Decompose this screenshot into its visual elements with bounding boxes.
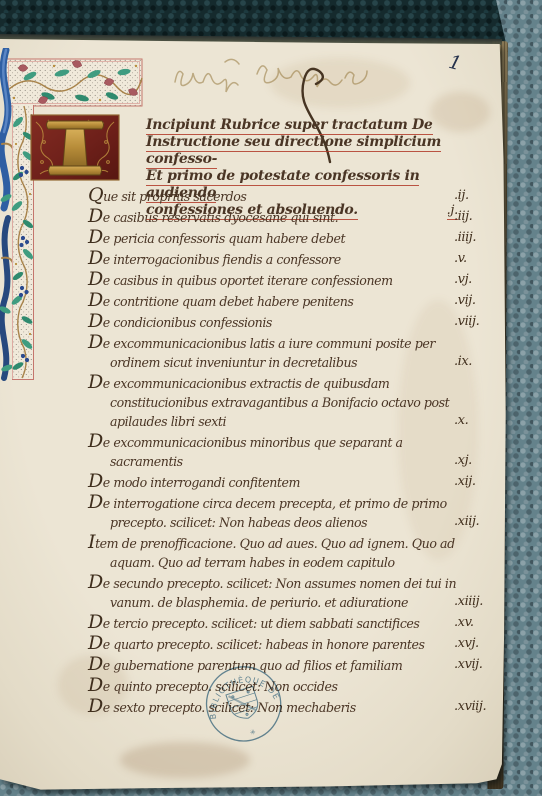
toc-entry-text: De tercio precepto. scilicet: ut diem sa… — [88, 616, 419, 631]
ex-libris-inscription — [165, 48, 405, 100]
illuminated-initial-I — [28, 112, 122, 184]
toc-entry-text: De pericia confessoris quam habere debet — [88, 231, 345, 246]
toc-entry: De gubernatione parentum quo ad filios e… — [88, 655, 470, 675]
toc-entry: De tercio precepto. scilicet: ut diem sa… — [88, 613, 470, 633]
toc-entry: De excommunicacionibus minoribus que sep… — [88, 432, 470, 471]
toc-entry-numeral: .v. — [454, 249, 467, 268]
toc-entry: Item de prenofficacione. Quo ad aues. Qu… — [88, 533, 470, 572]
toc-entry-numeral: .xvij. — [454, 655, 482, 674]
toc-entry: De excommunicacionibus latis a iure comm… — [88, 333, 470, 372]
border-left-panel — [0, 48, 40, 393]
toc-entry-numeral: .xv. — [454, 613, 474, 632]
toc-entry-numeral: .vj. — [454, 270, 472, 289]
toc-entry-numeral: .ix. — [454, 352, 472, 371]
toc-entry: De interrogatione circa decem precepta, … — [88, 493, 470, 532]
toc-entry-numeral: .iij. — [454, 207, 472, 226]
toc-entry-text: De modo interrogandi confitentem — [88, 475, 300, 490]
toc-entry: De contritione quam debet habere peniten… — [88, 291, 470, 311]
rubric-list: Que sit proprius sacerdos.ij. De casibus… — [88, 186, 466, 718]
toc-entry-text: De casibus reservatis dyocesane qui sint… — [88, 210, 338, 225]
toc-entry-text: De condicionibus confessionis — [88, 315, 272, 330]
toc-entry-text: De contritione quam debet habere peniten… — [88, 294, 353, 309]
toc-entry: De excommunicacionibus extractis de quib… — [88, 373, 470, 431]
toc-entry-text: Que sit proprius sacerdos — [88, 189, 246, 204]
manuscript-page: 1 — [0, 0, 542, 796]
manuscript-photo: 1 — [0, 0, 542, 796]
toc-entry-text: De excommunicacionibus minoribus que sep… — [88, 435, 403, 469]
toc-entry-numeral: .viij. — [454, 312, 479, 331]
toc-entry-text: De quarto precepto. scilicet: habeas in … — [88, 637, 425, 652]
toc-entry-text: Item de prenofficacione. Quo ad aues. Qu… — [88, 536, 455, 570]
toc-entry-numeral: .xvj. — [454, 634, 479, 653]
toc-entry: De interrogacionibus fiendis a confessor… — [88, 249, 470, 269]
toc-entry-numeral: .xij. — [454, 472, 476, 491]
toc-entry-numeral: .xj. — [454, 451, 472, 470]
toc-entry-numeral: .xiiij. — [454, 592, 483, 611]
toc-entry-text: De casibus in quibus oportet iterare con… — [88, 273, 393, 288]
toc-entry-text: De interrogacionibus fiendis a confessor… — [88, 252, 341, 267]
toc-entry-numeral: .x. — [454, 411, 468, 430]
toc-entry: De secundo precepto. scilicet: Non assum… — [88, 573, 470, 612]
toc-entry-text: De secundo precepto. scilicet: Non assum… — [88, 576, 456, 610]
toc-entry-text: De excommunicacionibus latis a iure comm… — [88, 336, 435, 370]
toc-entry: Que sit proprius sacerdos.ij. — [88, 186, 470, 206]
stamp-star-icon: ✳ — [249, 728, 257, 737]
toc-entry-numeral: .xviij. — [454, 697, 486, 716]
toc-entry-numeral: .vij. — [454, 291, 476, 310]
toc-entry: De quarto precepto. scilicet: habeas in … — [88, 634, 470, 654]
toc-entry-numeral: .xiij. — [454, 512, 479, 531]
toc-entry: De modo interrogandi confitentem.xij. — [88, 472, 470, 492]
toc-entry-numeral: .iiij. — [454, 228, 476, 247]
toc-entry-text: De interrogatione circa decem precepta, … — [88, 496, 447, 530]
toc-entry: De pericia confessoris quam habere debet… — [88, 228, 470, 248]
toc-entry: De condicionibus confessionis.viij. — [88, 312, 470, 332]
toc-entry-text: De excommunicacionibus extractis de quib… — [88, 376, 449, 429]
heading-line: Incipiunt Rubrice super tractatum De — [146, 117, 464, 134]
toc-entry: De casibus in quibus oportet iterare con… — [88, 270, 470, 290]
toc-entry-numeral: .ij. — [454, 186, 469, 205]
toc-entry: De casibus reservatis dyocesane qui sint… — [88, 207, 470, 227]
folio-number: 1 — [446, 51, 463, 75]
heading-line: Instructione seu directione simplicium c… — [146, 134, 464, 168]
